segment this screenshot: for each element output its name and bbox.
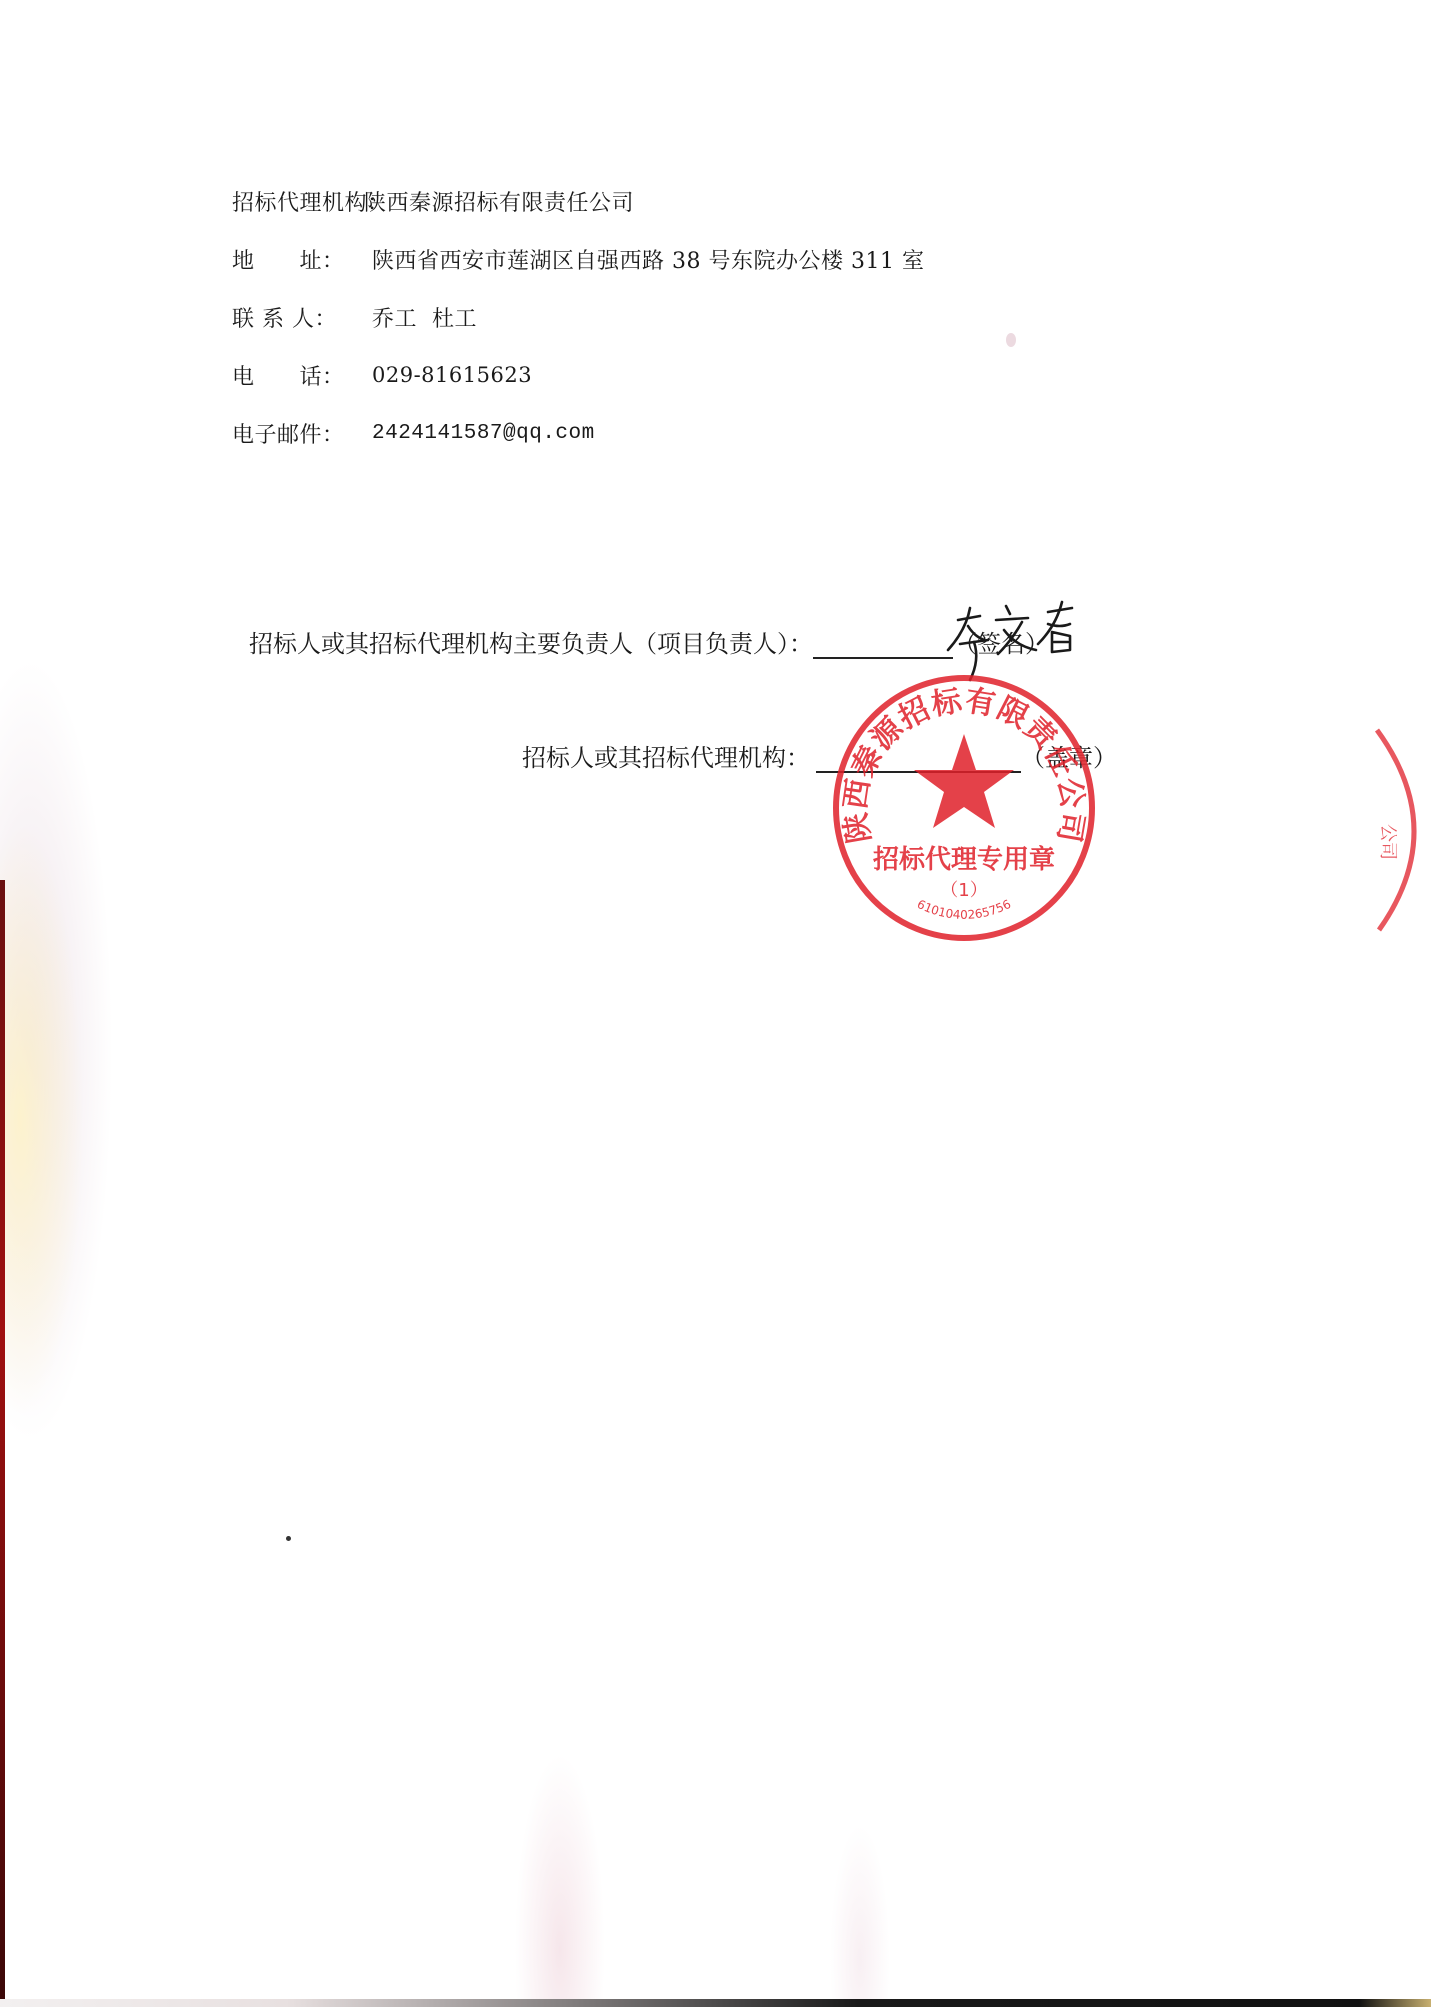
- phone-label: 电 话：: [232, 360, 372, 391]
- partial-seal-stamp: 公司: [1365, 725, 1431, 935]
- address-row: 地 址： 陕西省西安市莲湖区自强西路 38 号东院办公楼 311 室: [232, 230, 924, 288]
- scanned-page: 招标代理机构： 陕西秦源招标有限责任公司 地 址： 陕西省西安市莲湖区自强西路 …: [0, 0, 1431, 2007]
- stamp-number-mark: （1）: [940, 880, 987, 901]
- phone-row: 电 话： 029-81615623: [232, 346, 924, 404]
- contact-value: 乔工 杜工: [372, 302, 477, 333]
- company-seal-stamp: 陕西秦源招标有限责任公司 招标代理专用章 （1） 6101040265756: [828, 672, 1100, 944]
- partial-stamp-text: 公司: [1377, 824, 1398, 860]
- agency-name-row: 招标代理机构： 陕西秦源招标有限责任公司: [232, 172, 924, 230]
- seal-label: 招标人或其招标代理机构：: [522, 738, 810, 773]
- agency-name-label: 招标代理机构：: [232, 186, 372, 217]
- ink-smudge: [1006, 333, 1016, 347]
- leader-signature-blank: [813, 631, 953, 659]
- contact-label: 联 系 人：: [232, 302, 372, 333]
- address-value: 陕西省西安市莲湖区自强西路 38 号东院办公楼 311 室: [372, 244, 924, 275]
- phone-value: 029-81615623: [372, 363, 532, 387]
- email-label: 电子邮件：: [232, 418, 372, 449]
- page-bottom-edge: [0, 1999, 1431, 2007]
- stamp-inner-text: 招标代理专用章: [873, 844, 1055, 875]
- agency-name-value: 陕西秦源招标有限责任公司: [364, 186, 634, 217]
- email-row: 电子邮件： 2424141587@qq.com: [232, 404, 924, 462]
- leader-signature-line: 招标人或其招标代理机构主要负责人（项目负责人）： （签名）: [249, 624, 1049, 659]
- agency-info-block: 招标代理机构： 陕西秦源招标有限责任公司 地 址： 陕西省西安市莲湖区自强西路 …: [232, 172, 924, 462]
- leader-label: 招标人或其招标代理机构主要负责人（项目负责人）：: [249, 624, 813, 659]
- contact-row: 联 系 人： 乔工 杜工: [232, 288, 924, 346]
- page-edge-shadow: [0, 880, 5, 2007]
- email-value: 2424141587@qq.com: [372, 422, 595, 445]
- ink-speck: [286, 1536, 291, 1541]
- address-label: 地 址：: [232, 244, 372, 275]
